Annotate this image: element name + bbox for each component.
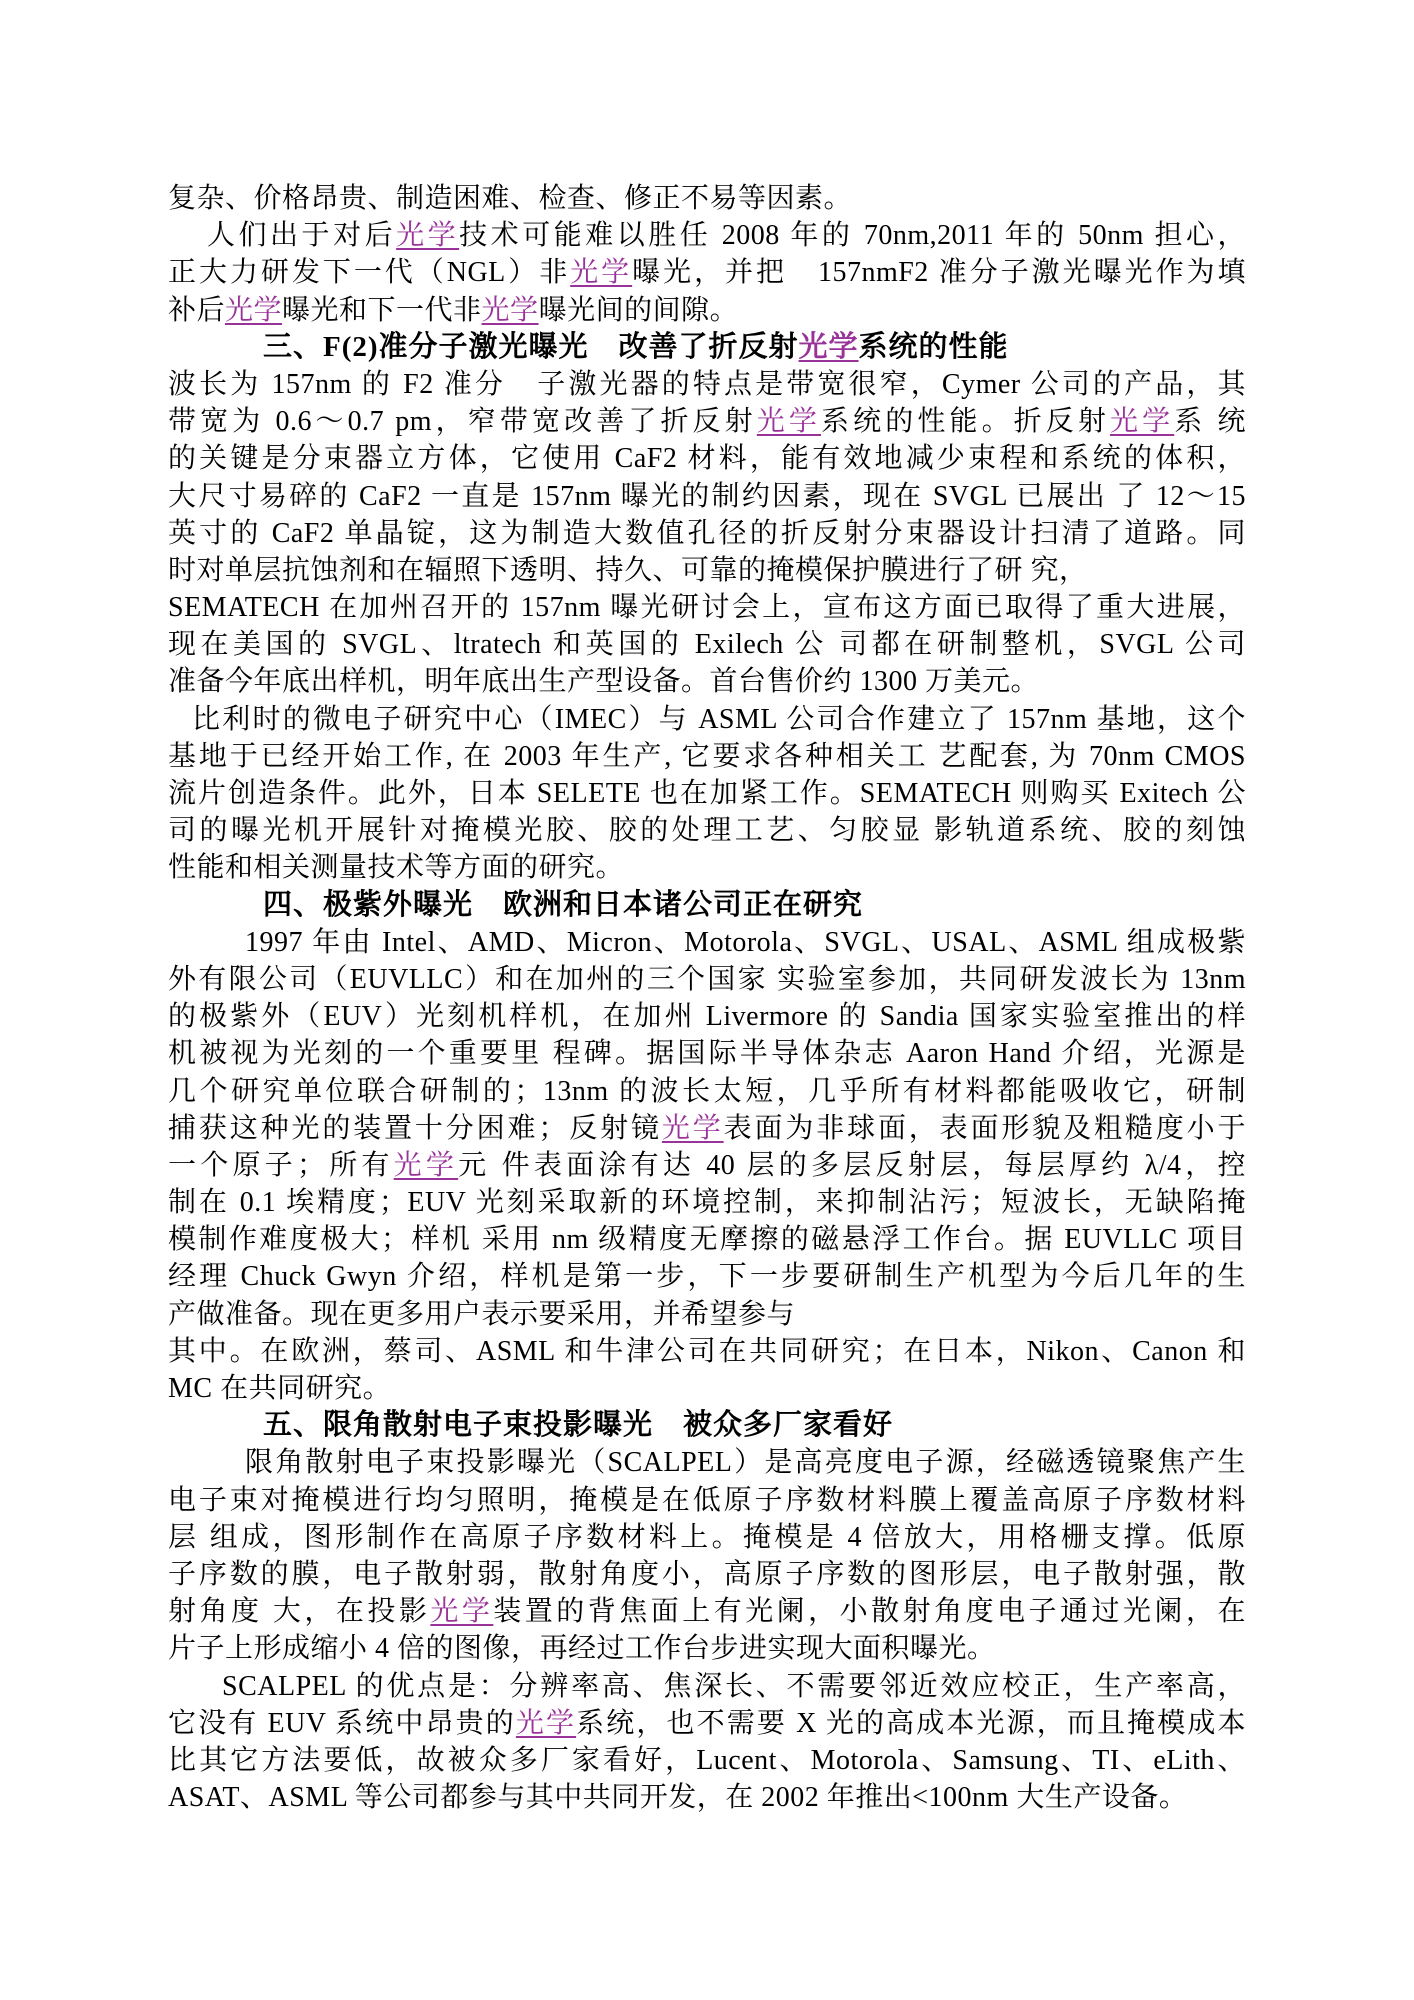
text-run: 几个研究单位联合研制的；13nm 的波长太短，几乎所有材料都能吸收它，研制 — [168, 1076, 1246, 1107]
text-run: 捕获这种光的装置十分困难；反射镜 — [168, 1113, 662, 1144]
text-run: 基地于已经开始工作, 在 2003 年生产, 它要求各种相关工 艺配套, 为 7… — [168, 741, 1246, 772]
optics-hyperlink[interactable]: 光学 — [516, 1708, 576, 1739]
text-line: ASAT、ASML 等公司都参与其中共同开发，在 2002 年推出<100nm … — [168, 1779, 1246, 1816]
text-run: 子序数的膜，电子散射弱，散射角度小，高原子序数的图形层，电子散射强，散 — [168, 1559, 1246, 1590]
text-line: 带宽为 0.6～0.7 pm，窄带宽改善了折反射光学系统的性能。折反射光学系 统 — [168, 403, 1246, 440]
text-line: SCALPEL 的优点是：分辨率高、焦深长、不需要邻近效应校正，生产率高， — [168, 1668, 1246, 1705]
text-run: 复杂、价格昂贵、制造困难、检查、修正不易等因素。 — [168, 183, 852, 214]
text-line: 补后光学曝光和下一代非光学曝光间的间隙。 — [168, 292, 1246, 329]
text-run: 一个原子；所有 — [168, 1150, 394, 1181]
text-run: 其中。在欧洲，蔡司、ASML 和牛津公司在共同研究；在日本，Nikon、Cano… — [168, 1336, 1246, 1367]
text-run: ASAT、ASML 等公司都参与其中共同开发，在 2002 年推出<100nm … — [168, 1782, 1187, 1813]
text-run: 系统的性能 — [859, 331, 1009, 363]
text-line: 准备今年底出样机，明年底出生产型设备。首台售价约 1300 万美元。 — [168, 663, 1246, 700]
optics-hyperlink[interactable]: 光学 — [799, 331, 859, 363]
text-line: 大尺寸易碎的 CaF2 一直是 157nm 曝光的制约因素，现在 SVGL 已展… — [168, 478, 1246, 515]
text-run: 1997 年由 Intel、AMD、Micron、Motorola、SVGL、U… — [245, 927, 1246, 958]
text-line: 流片创造条件。此外，日本 SELETE 也在加紧工作。SEMATECH 则购买 … — [168, 775, 1246, 812]
section-heading: 五、限角散射电子束投影曝光 被众多厂家看好 — [168, 1407, 1246, 1444]
optics-hyperlink[interactable]: 光学 — [570, 257, 632, 288]
text-line: 波长为 157nm 的 F2 准分 子激光器的特点是带宽很窄，Cymer 公司的… — [168, 366, 1246, 403]
text-line: 它没有 EUV 系统中昂贵的光学系统，也不需要 X 光的高成本光源，而且掩模成本 — [168, 1705, 1246, 1742]
text-run: SEMATECH 在加州召开的 157nm 曝光研讨会上，宣布这方面已取得了重大… — [168, 592, 1246, 623]
text-line: 人们出于对后光学技术可能难以胜任 2008 年的 70nm,2011 年的 50… — [168, 217, 1246, 254]
text-line: MC 在共同研究。 — [168, 1370, 1246, 1407]
text-run: 外有限公司（EUVLLC）和在加州的三个国家 实验室参加，共同研发波长为 13n… — [168, 964, 1246, 995]
text-run: 曝光间的间隙。 — [539, 295, 739, 326]
text-line: 片子上形成缩小 4 倍的图像，再经过工作台步进实现大面积曝光。 — [168, 1630, 1246, 1667]
text-run: 四、极紫外曝光 欧洲和日本诸公司正在研究 — [263, 889, 863, 921]
text-run: 英寸的 CaF2 单晶锭，这为制造大数值孔径的折反射分束器设计扫清了道路。同 — [168, 518, 1246, 549]
text-line: 几个研究单位联合研制的；13nm 的波长太短，几乎所有材料都能吸收它，研制 — [168, 1073, 1246, 1110]
text-run: 射角度 大，在投影 — [168, 1596, 430, 1627]
text-line: 一个原子；所有光学元 件表面涂有达 40 层的多层反射层，每层厚约 λ/4，控 — [168, 1147, 1246, 1184]
text-line: 比其它方法要低，故被众多厂家看好，Lucent、Motorola、Samsung… — [168, 1742, 1246, 1779]
text-run: 经理 Chuck Gwyn 介绍，样机是第一步，下一步要研制生产机型为今后几年的… — [168, 1261, 1246, 1292]
text-line: 基地于已经开始工作, 在 2003 年生产, 它要求各种相关工 艺配套, 为 7… — [168, 738, 1246, 775]
optics-hyperlink[interactable]: 光学 — [394, 1150, 458, 1181]
text-run: 现在美国的 SVGL、ltratech 和英国的 Exilech 公 司都在研制… — [168, 629, 1246, 660]
text-line: 1997 年由 Intel、AMD、Micron、Motorola、SVGL、U… — [168, 924, 1246, 961]
text-line: 现在美国的 SVGL、ltratech 和英国的 Exilech 公 司都在研制… — [168, 626, 1246, 663]
text-run: 层 组成，图形制作在高原子序数材料上。掩模是 4 倍放大，用格栅支撑。低原 — [168, 1522, 1246, 1553]
text-run: 曝光，并把 157nmF2 准分子激光曝光作为填 — [632, 257, 1246, 288]
section-heading: 三、F(2)准分子激光曝光 改善了折反射光学系统的性能 — [168, 329, 1246, 366]
optics-hyperlink[interactable]: 光学 — [662, 1113, 724, 1144]
text-run: 准备今年底出样机，明年底出生产型设备。首台售价约 1300 万美元。 — [168, 666, 1039, 697]
text-line: 外有限公司（EUVLLC）和在加州的三个国家 实验室参加，共同研发波长为 13n… — [168, 961, 1246, 998]
text-run: 它没有 EUV 系统中昂贵的 — [168, 1708, 516, 1739]
text-line: 限角散射电子束投影曝光（SCALPEL）是高亮度电子源，经磁透镜聚焦产生 — [168, 1444, 1246, 1481]
text-line: 司的曝光机开展针对掩模光胶、胶的处理工艺、匀胶显 影轨道系统、胶的刻蚀 — [168, 812, 1246, 849]
text-run: 比其它方法要低，故被众多厂家看好，Lucent、Motorola、Samsung… — [168, 1745, 1246, 1776]
text-run: 片子上形成缩小 4 倍的图像，再经过工作台步进实现大面积曝光。 — [168, 1633, 996, 1664]
text-run: 比利时的微电子研究中心（IMEC）与 ASML 公司合作建立了 157nm 基地… — [192, 704, 1246, 735]
text-line: 比利时的微电子研究中心（IMEC）与 ASML 公司合作建立了 157nm 基地… — [168, 701, 1246, 738]
text-line: 机被视为光刻的一个重要里 程碑。据国际半导体杂志 Aaron Hand 介绍，光… — [168, 1035, 1246, 1072]
text-line: 经理 Chuck Gwyn 介绍，样机是第一步，下一步要研制生产机型为今后几年的… — [168, 1258, 1246, 1295]
text-run: 三、F(2)准分子激光曝光 改善了折反射 — [263, 331, 799, 363]
text-line: 制在 0.1 埃精度；EUV 光刻采取新的环境控制，来抑制沾污；短波长，无缺陷掩 — [168, 1184, 1246, 1221]
optics-hyperlink[interactable]: 光学 — [430, 1596, 493, 1627]
text-line: 产做准备。现在更多用户表示要采用，并希望参与 — [168, 1296, 1246, 1333]
text-run: 流片创造条件。此外，日本 SELETE 也在加紧工作。SEMATECH 则购买 … — [168, 778, 1246, 809]
text-line: 的关键是分束器立方体，它使用 CaF2 材料，能有效地减少束程和系统的体积， — [168, 440, 1246, 477]
text-run: 的关键是分束器立方体，它使用 CaF2 材料，能有效地减少束程和系统的体积， — [168, 443, 1246, 474]
optics-hyperlink[interactable]: 光学 — [1110, 406, 1174, 437]
section-heading: 四、极紫外曝光 欧洲和日本诸公司正在研究 — [168, 887, 1246, 924]
text-run: 大尺寸易碎的 CaF2 一直是 157nm 曝光的制约因素，现在 SVGL 已展… — [168, 481, 1246, 512]
optics-hyperlink[interactable]: 光学 — [396, 220, 459, 251]
text-run: 系统，也不需要 X 光的高成本光源，而且掩模成本 — [576, 1708, 1246, 1739]
text-run: 元 件表面涂有达 40 层的多层反射层，每层厚约 λ/4，控 — [458, 1150, 1246, 1181]
text-run: 机被视为光刻的一个重要里 程碑。据国际半导体杂志 Aaron Hand 介绍，光… — [168, 1038, 1246, 1069]
text-line: 性能和相关测量技术等方面的研究。 — [168, 849, 1246, 886]
text-line: 模制作难度极大；样机 采用 nm 级精度无摩擦的磁悬浮工作台。据 EUVLLC … — [168, 1221, 1246, 1258]
text-run: 时对单层抗蚀剂和在辐照下透明、持久、可靠的掩模保护膜进行了研 究， — [168, 555, 1088, 586]
text-line: 英寸的 CaF2 单晶锭，这为制造大数值孔径的折反射分束器设计扫清了道路。同 — [168, 515, 1246, 552]
text-run: 表面为非球面，表面形貌及粗糙度小于 — [724, 1113, 1246, 1144]
text-run: 人们出于对后 — [207, 220, 396, 251]
text-run: MC 在共同研究。 — [168, 1373, 391, 1404]
text-line: 其中。在欧洲，蔡司、ASML 和牛津公司在共同研究；在日本，Nikon、Cano… — [168, 1333, 1246, 1370]
text-line: 子序数的膜，电子散射弱，散射角度小，高原子序数的图形层，电子散射强，散 — [168, 1556, 1246, 1593]
text-run: 限角散射电子束投影曝光（SCALPEL）是高亮度电子源，经磁透镜聚焦产生 — [245, 1447, 1246, 1478]
text-line: 层 组成，图形制作在高原子序数材料上。掩模是 4 倍放大，用格栅支撑。低原 — [168, 1519, 1246, 1556]
text-line: 的极紫外（EUV）光刻机样机，在加州 Livermore 的 Sandia 国家… — [168, 998, 1246, 1035]
text-line: SEMATECH 在加州召开的 157nm 曝光研讨会上，宣布这方面已取得了重大… — [168, 589, 1246, 626]
text-run: 系 统 — [1174, 406, 1246, 437]
text-line: 射角度 大，在投影光学装置的背焦面上有光阑，小散射角度电子通过光阑，在 — [168, 1593, 1246, 1630]
text-run: 波长为 157nm 的 F2 准分 子激光器的特点是带宽很窄，Cymer 公司的… — [168, 369, 1246, 400]
text-run: 补后 — [168, 295, 225, 326]
text-run: 模制作难度极大；样机 采用 nm 级精度无摩擦的磁悬浮工作台。据 EUVLLC … — [168, 1224, 1246, 1255]
text-run: 制在 0.1 埃精度；EUV 光刻采取新的环境控制，来抑制沾污；短波长，无缺陷掩 — [168, 1187, 1246, 1218]
text-run: 电子束对掩模进行均匀照明，掩模是在低原子序数材料膜上覆盖高原子序数材料 — [168, 1485, 1246, 1516]
text-line: 捕获这种光的装置十分困难；反射镜光学表面为非球面，表面形貌及粗糙度小于 — [168, 1110, 1246, 1147]
text-run: 技术可能难以胜任 2008 年的 70nm,2011 年的 50nm 担心， — [459, 220, 1246, 251]
optics-hyperlink[interactable]: 光学 — [225, 295, 282, 326]
text-run: 产做准备。现在更多用户表示要采用，并希望参与 — [168, 1299, 795, 1330]
text-line: 时对单层抗蚀剂和在辐照下透明、持久、可靠的掩模保护膜进行了研 究， — [168, 552, 1246, 589]
text-run: 司的曝光机开展针对掩模光胶、胶的处理工艺、匀胶显 影轨道系统、胶的刻蚀 — [168, 815, 1246, 846]
text-run: 五、限角散射电子束投影曝光 被众多厂家看好 — [263, 1409, 893, 1441]
text-run: 性能和相关测量技术等方面的研究。 — [168, 852, 624, 883]
text-run: 带宽为 0.6～0.7 pm，窄带宽改善了折反射 — [168, 406, 757, 437]
text-run: 系统的性能。折反射 — [821, 406, 1110, 437]
document-page: 复杂、价格昂贵、制造困难、检查、修正不易等因素。人们出于对后光学技术可能难以胜任… — [0, 0, 1414, 2000]
text-line: 复杂、价格昂贵、制造困难、检查、修正不易等因素。 — [168, 180, 1246, 217]
document-body: 复杂、价格昂贵、制造困难、检查、修正不易等因素。人们出于对后光学技术可能难以胜任… — [168, 180, 1246, 1816]
text-line: 电子束对掩模进行均匀照明，掩模是在低原子序数材料膜上覆盖高原子序数材料 — [168, 1482, 1246, 1519]
text-line: 正大力研发下一代（NGL）非光学曝光，并把 157nmF2 准分子激光曝光作为填 — [168, 254, 1246, 291]
optics-hyperlink[interactable]: 光学 — [482, 295, 539, 326]
text-run: 的极紫外（EUV）光刻机样机，在加州 Livermore 的 Sandia 国家… — [168, 1001, 1246, 1032]
text-run: 正大力研发下一代（NGL）非 — [168, 257, 570, 288]
text-run: 装置的背焦面上有光阑，小散射角度电子通过光阑，在 — [493, 1596, 1246, 1627]
optics-hyperlink[interactable]: 光学 — [757, 406, 821, 437]
text-run: SCALPEL 的优点是：分辨率高、焦深长、不需要邻近效应校正，生产率高， — [222, 1671, 1246, 1702]
text-run: 曝光和下一代非 — [282, 295, 482, 326]
